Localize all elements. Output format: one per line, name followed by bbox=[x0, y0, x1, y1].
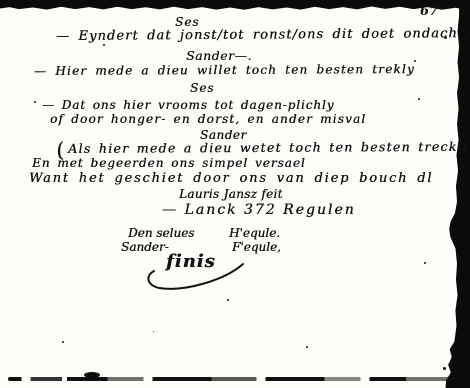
manuscript-line-text: Als hier mede a dieu wetet toch ten best… bbox=[68, 139, 468, 156]
manuscript-line: (Als hier mede a dieu wetet toch ten bes… bbox=[56, 139, 468, 156]
ink-smudge bbox=[84, 372, 100, 378]
finis-flourish bbox=[143, 252, 253, 296]
length-note-line: — Lanck 372 Regulen bbox=[162, 202, 356, 218]
page-number: 67 bbox=[420, 4, 438, 19]
speaker-heading-sander: Sander—. bbox=[186, 48, 252, 63]
manuscript-line: — Eyndert dat jonst/tot ronst/ons dit do… bbox=[56, 26, 470, 44]
manuscript-page-scan: 67 Ses — Eyndert dat jonst/tot ronst/ons… bbox=[0, 0, 470, 388]
manuscript-line: En met begeerden ons simpel versael bbox=[32, 156, 306, 170]
author-signature-line: Lauris Jansz feit bbox=[179, 187, 283, 201]
manuscript-line: — Hier mede a dieu willet toch ten beste… bbox=[34, 62, 415, 78]
speaker-heading-ses: Ses bbox=[190, 81, 214, 95]
manuscript-line: Want het geschiet door ons van diep bouc… bbox=[29, 171, 433, 186]
scan-border-right bbox=[444, 0, 470, 388]
speaker-heading-ses: Ses bbox=[175, 15, 199, 29]
colophon-left-name: Den selues bbox=[128, 226, 194, 240]
scan-border-bottom bbox=[8, 377, 460, 381]
bracket-flourish: ( bbox=[55, 143, 66, 157]
scan-border-top bbox=[0, 0, 470, 13]
manuscript-line: — Dat ons hier vrooms tot dagen-plichly bbox=[42, 98, 334, 112]
manuscript-line: of door honger- en dorst, en ander misva… bbox=[50, 112, 366, 126]
colophon-right-note: H'equle. bbox=[229, 226, 280, 240]
